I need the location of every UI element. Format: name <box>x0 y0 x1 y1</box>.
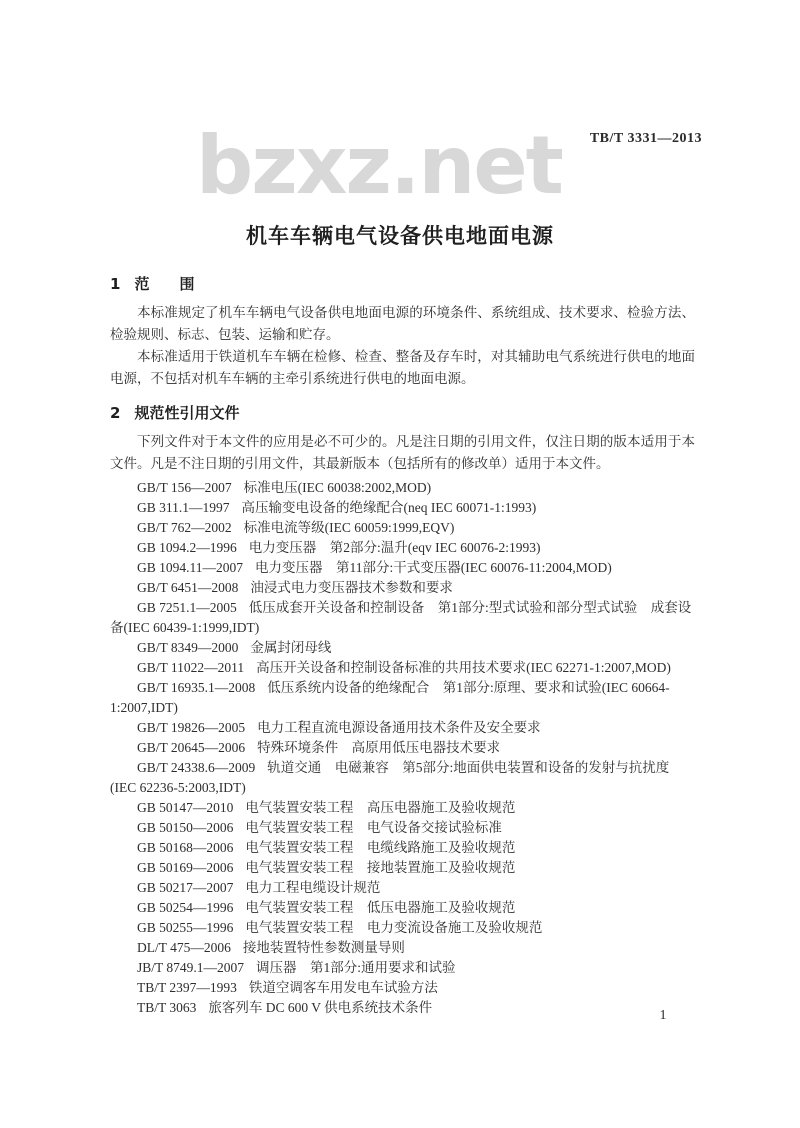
reference-title: 高压开关设备和控制设备标准的共用技术要求(IEC 62271-1:2007,MO… <box>256 660 671 675</box>
section-label: 规范性引用文件 <box>134 404 239 422</box>
reference-code: GB 50254—1996 <box>137 900 233 915</box>
reference-title: 电力工程电缆设计规范 <box>245 880 380 895</box>
reference-item: DL/T 475—2006接地装置特性参数测量导则 <box>110 938 695 958</box>
document-title: 机车车辆电气设备供电地面电源 <box>0 220 800 250</box>
reference-item: GB 50147—2010电气装置安装工程 高压电器施工及验收规范 <box>110 798 695 818</box>
reference-item: GB/T 19826—2005电力工程直流电源设备通用技术条件及安全要求 <box>110 718 695 738</box>
reference-title: 旅客列车 DC 600 V 供电系统技术条件 <box>208 1000 432 1015</box>
reference-title: 调压器 第1部分:通用要求和试验 <box>256 960 456 975</box>
reference-item: GB/T 156—2007标准电压(IEC 60038:2002,MOD) <box>110 478 695 498</box>
reference-code: GB/T 11022—2011 <box>137 660 244 675</box>
scope-paragraph-1: 本标准规定了机车车辆电气设备供电地面电源的环境条件、系统组成、技术要求、检验方法… <box>110 302 695 346</box>
reference-code: GB 50169—2006 <box>137 860 233 875</box>
page-number: 1 <box>650 1008 676 1024</box>
reference-code: TB/T 2397—1993 <box>137 980 237 995</box>
document-body: 1范 围 本标准规定了机车车辆电气设备供电地面电源的环境条件、系统组成、技术要求… <box>110 274 695 1018</box>
reference-title: 高压输变电设备的绝缘配合(neq IEC 60071-1:1993) <box>242 500 537 515</box>
reference-code: GB/T 16935.1—2008 <box>137 680 255 695</box>
reference-title: 电气装置安装工程 低压电器施工及验收规范 <box>245 900 515 915</box>
reference-title: 电力工程直流电源设备通用技术条件及安全要求 <box>257 720 541 735</box>
reference-item: GB 1094.2—1996电力变压器 第2部分:温升(eqv IEC 6007… <box>110 538 695 558</box>
reference-title: 金属封闭母线 <box>250 640 331 655</box>
reference-code: GB/T 24338.6—2009 <box>137 760 255 775</box>
reference-item: GB 50150—2006电气装置安装工程 电气设备交接试验标准 <box>110 818 695 838</box>
reference-item: GB 50254—1996电气装置安装工程 低压电器施工及验收规范 <box>110 898 695 918</box>
reference-code: DL/T 475—2006 <box>137 940 231 955</box>
standard-number: TB/T 3331—2013 <box>0 131 702 147</box>
section-heading-scope: 1范 围 <box>110 274 695 294</box>
reference-item: GB/T 8349—2000金属封闭母线 <box>110 638 695 658</box>
reference-item: GB/T 11022—2011高压开关设备和控制设备标准的共用技术要求(IEC … <box>110 658 695 678</box>
reference-code: GB 311.1—1997 <box>137 500 230 515</box>
reference-code: GB 1094.11—2007 <box>137 560 243 575</box>
reference-item: GB/T 762—2002标准电流等级(IEC 60059:1999,EQV) <box>110 518 695 538</box>
reference-title: 铁道空调客车用发电车试验方法 <box>249 980 438 995</box>
reference-code: GB/T 8349—2000 <box>137 640 238 655</box>
section-label: 范 围 <box>134 275 194 293</box>
reference-item: GB/T 20645—2006特殊环境条件 高原用低压电器技术要求 <box>110 738 695 758</box>
reference-title: 电气装置安装工程 接地装置施工及验收规范 <box>245 860 515 875</box>
reference-code: GB 50217—2007 <box>137 880 233 895</box>
reference-list: GB/T 156—2007标准电压(IEC 60038:2002,MOD) GB… <box>110 478 695 1018</box>
reference-title: 电气装置安装工程 电气设备交接试验标准 <box>245 820 502 835</box>
reference-title: 电力变压器 第11部分:干式变压器(IEC 60076-11:2004,MOD) <box>255 560 612 575</box>
reference-code: GB/T 20645—2006 <box>137 740 245 755</box>
reference-code: GB/T 762—2002 <box>137 520 232 535</box>
reference-item: TB/T 2397—1993铁道空调客车用发电车试验方法 <box>110 978 695 998</box>
reference-code: GB/T 19826—2005 <box>137 720 245 735</box>
reference-item: GB 50168—2006电气装置安装工程 电缆线路施工及验收规范 <box>110 838 695 858</box>
reference-item: GB 1094.11—2007电力变压器 第11部分:干式变压器(IEC 600… <box>110 558 695 578</box>
reference-item: JB/T 8749.1—2007调压器 第1部分:通用要求和试验 <box>110 958 695 978</box>
document-page: TB/T 3331—2013 bzxz.net 机车车辆电气设备供电地面电源 1… <box>0 0 800 1128</box>
reference-item: GB 311.1—1997高压输变电设备的绝缘配合(neq IEC 60071-… <box>110 498 695 518</box>
reference-code: JB/T 8749.1—2007 <box>137 960 244 975</box>
reference-code: GB 50147—2010 <box>137 800 233 815</box>
reference-title: 标准电压(IEC 60038:2002,MOD) <box>244 480 432 495</box>
reference-item: GB/T 6451—2008油浸式电力变压器技术参数和要求 <box>110 578 695 598</box>
reference-item: GB/T 16935.1—2008低压系统内设备的绝缘配合 第1部分:原理、要求… <box>110 678 695 718</box>
scope-paragraph-2: 本标准适用于铁道机车车辆在检修、检查、整备及存车时，对其辅助电气系统进行供电的地… <box>110 346 695 390</box>
reference-item: GB 50217—2007电力工程电缆设计规范 <box>110 878 695 898</box>
reference-code: GB 50150—2006 <box>137 820 233 835</box>
reference-code: GB/T 156—2007 <box>137 480 232 495</box>
reference-item: GB 7251.1—2005低压成套开关设备和控制设备 第1部分:型式试验和部分… <box>110 598 695 638</box>
reference-title: 标准电流等级(IEC 60059:1999,EQV) <box>244 520 455 535</box>
reference-code: GB 50255—1996 <box>137 920 233 935</box>
reference-code: TB/T 3063 <box>137 1000 196 1015</box>
reference-code: GB 7251.1—2005 <box>137 600 237 615</box>
reference-title: 电力变压器 第2部分:温升(eqv IEC 60076-2:1993) <box>249 540 541 555</box>
reference-title: 接地装置特性参数测量导则 <box>243 940 405 955</box>
section-number: 1 <box>110 275 120 293</box>
section-number: 2 <box>110 404 120 422</box>
references-intro: 下列文件对于本文件的应用是必不可少的。凡是注日期的引用文件，仅注日期的版本适用于… <box>110 431 695 475</box>
section-heading-references: 2规范性引用文件 <box>110 403 695 423</box>
reference-code: GB 1094.2—1996 <box>137 540 237 555</box>
reference-item: GB 50169—2006电气装置安装工程 接地装置施工及验收规范 <box>110 858 695 878</box>
reference-item: GB/T 24338.6—2009轨道交通 电磁兼容 第5部分:地面供电装置和设… <box>110 758 695 798</box>
reference-title: 电气装置安装工程 电缆线路施工及验收规范 <box>245 840 515 855</box>
reference-code: GB 50168—2006 <box>137 840 233 855</box>
reference-code: GB/T 6451—2008 <box>137 580 238 595</box>
reference-title: 电气装置安装工程 高压电器施工及验收规范 <box>245 800 515 815</box>
reference-item: GB 50255—1996电气装置安装工程 电力变流设备施工及验收规范 <box>110 918 695 938</box>
reference-item: TB/T 3063旅客列车 DC 600 V 供电系统技术条件 <box>110 998 695 1018</box>
reference-title: 油浸式电力变压器技术参数和要求 <box>250 580 453 595</box>
reference-title: 电气装置安装工程 电力变流设备施工及验收规范 <box>245 920 542 935</box>
reference-title: 特殊环境条件 高原用低压电器技术要求 <box>257 740 500 755</box>
